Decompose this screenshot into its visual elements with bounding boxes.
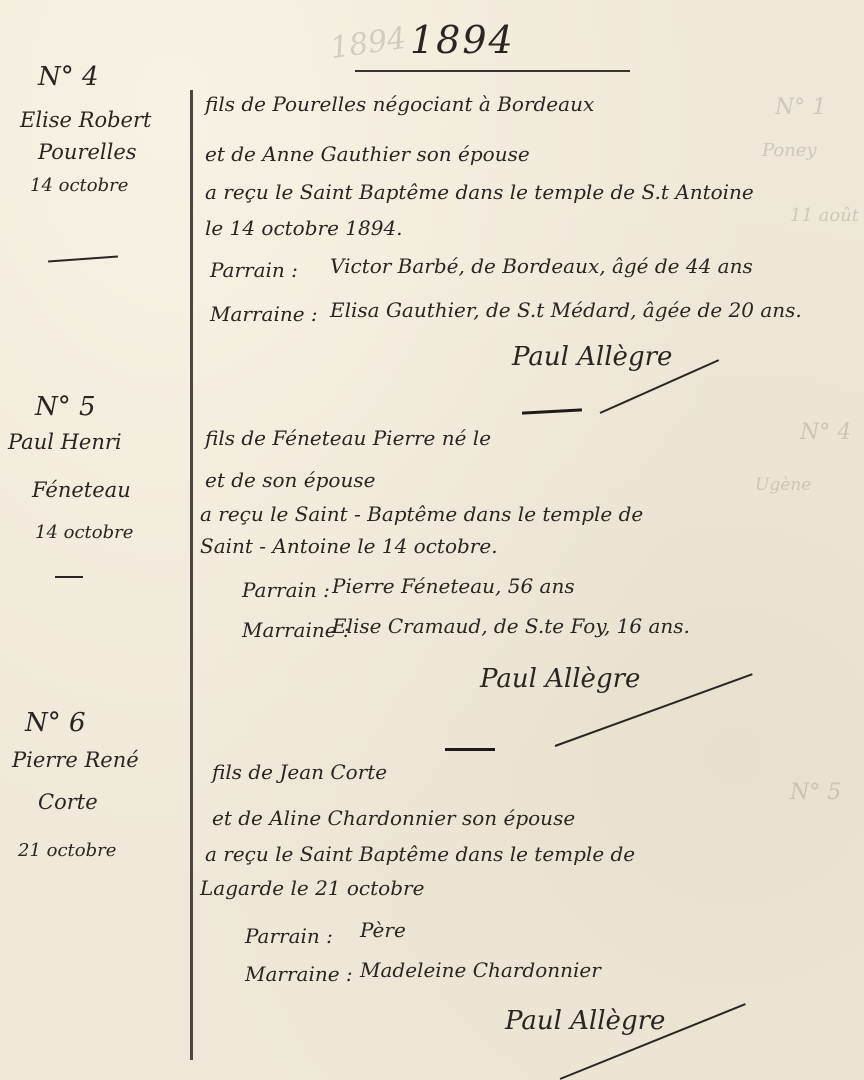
show-through-text: N° 4 (800, 420, 851, 445)
godfather-name: Père (360, 918, 406, 942)
godmother-name: Madeleine Chardonnier (360, 958, 601, 982)
entry-line: fils de Féneteau Pierre né le (205, 426, 491, 450)
show-through-text: N° 1 (775, 95, 826, 120)
entry-date: 21 octobre (18, 840, 116, 861)
child-surname: Corte (38, 790, 98, 814)
child-given-names: Elise Robert (20, 108, 151, 132)
child-given-names: Pierre René (12, 748, 139, 772)
godfather-name: Pierre Féneteau, 56 ans (332, 574, 575, 598)
margin-rule (190, 90, 193, 1060)
godfather-name: Victor Barbé, de Bordeaux, âgé de 44 ans (330, 254, 753, 278)
show-through-text: Poney (762, 140, 817, 161)
entry-number: N° 5 (35, 392, 96, 422)
show-through-text: 11 août (790, 205, 859, 226)
entry-separator (522, 408, 582, 414)
entry-line: et de Aline Chardonnier son épouse (212, 806, 575, 830)
godfather-label: Parrain : (210, 258, 298, 282)
entry-line: et de Anne Gauthier son épouse (205, 142, 530, 166)
pastor-signature: Paul Allègre (512, 342, 672, 372)
show-through-text: 1894 (328, 21, 408, 66)
show-through-text: Ugène (755, 475, 811, 495)
godfather-label: Parrain : (245, 924, 333, 948)
pastor-signature: Paul Allègre (480, 664, 640, 694)
year-underline (355, 70, 630, 72)
entry-line: fils de Pourelles négociant à Bordeaux (205, 92, 594, 116)
godmother-label: Marraine : (210, 302, 318, 326)
entry-date: 14 octobre (30, 175, 128, 196)
entry-line: Saint - Antoine le 14 octobre. (200, 534, 498, 558)
entry-line: a reçu le Saint Baptême dans le temple d… (205, 180, 754, 204)
entry-date: 14 octobre (35, 522, 133, 543)
child-surname: Pourelles (38, 140, 137, 164)
godmother-name: Elisa Gauthier, de S.t Médard, âgée de 2… (330, 298, 802, 322)
show-through-text: N° 5 (790, 780, 841, 805)
entry-line: Lagarde le 21 octobre (200, 876, 424, 900)
entry-separator (445, 748, 495, 751)
page-year: 1894 (410, 18, 515, 62)
pastor-signature: Paul Allègre (505, 1006, 665, 1036)
godmother-label: Marraine : (245, 962, 353, 986)
child-surname: Féneteau (32, 478, 131, 502)
entry-line: fils de Jean Corte (212, 760, 387, 784)
entry-number: N° 6 (25, 708, 86, 738)
entry-line: a reçu le Saint - Baptême dans le temple… (200, 502, 643, 526)
entry-number: N° 4 (38, 62, 99, 92)
godmother-name: Elise Cramaud, de S.te Foy, 16 ans. (332, 614, 690, 638)
margin-dash (55, 576, 83, 578)
child-given-names: Paul Henri (8, 430, 122, 454)
entry-line: et de son épouse (205, 468, 375, 492)
margin-dash (48, 256, 118, 263)
entry-line: a reçu le Saint Baptême dans le temple d… (205, 842, 635, 866)
godfather-label: Parrain : (242, 578, 330, 602)
entry-line: le 14 octobre 1894. (205, 216, 403, 240)
